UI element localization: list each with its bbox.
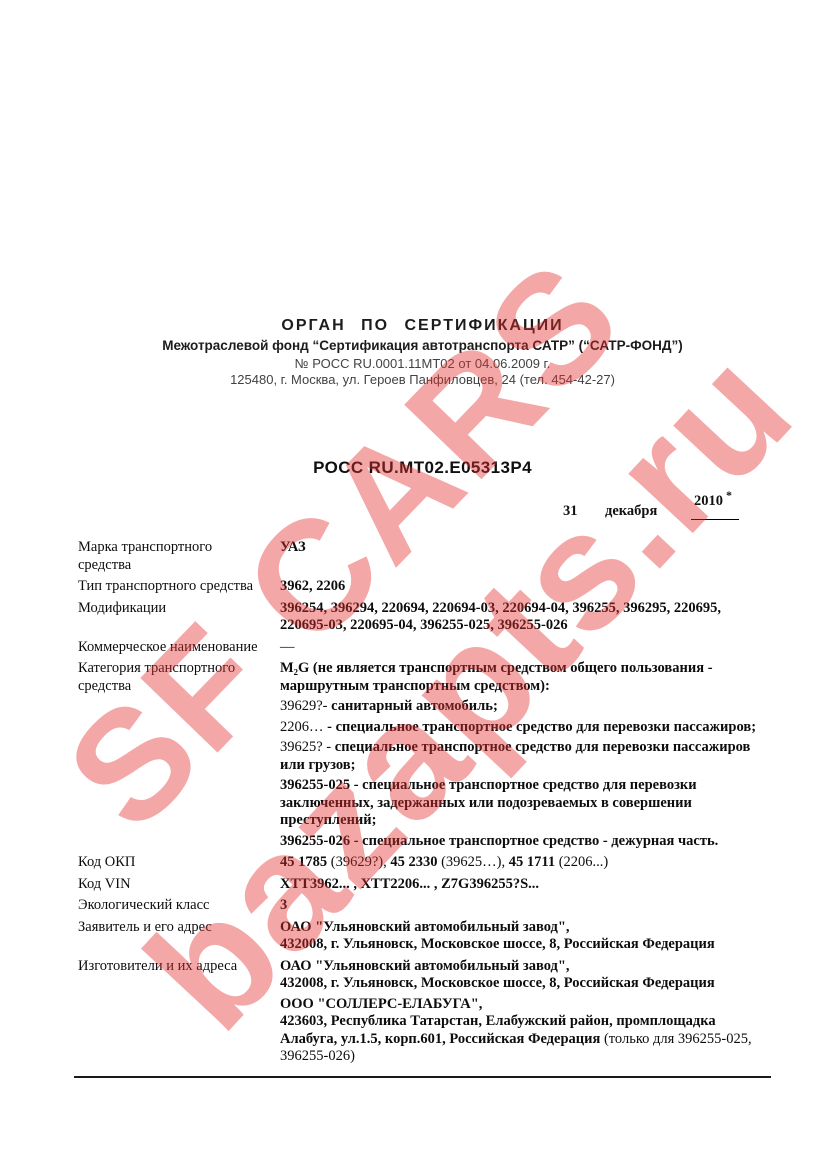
category-item-code: 39629?-	[280, 698, 328, 714]
field-row-vin-code: Код VIN XTT3962... , XTT2206... , Z7G396…	[78, 876, 770, 894]
vehicle-fields-table: Марка транспортного средства УАЗ Тип тра…	[78, 539, 770, 1070]
category-item-desc: 396255-026 - специальное транспортное ср…	[280, 833, 718, 849]
field-row-manufacturers: Изготовители и их адреса ОАО "Ульяновски…	[78, 958, 770, 1066]
date-footnote-asterisk: *	[726, 488, 732, 502]
field-label: Код VIN	[78, 876, 280, 894]
date-year-value: 2010	[694, 493, 723, 509]
org-registration-number: № РОСС RU.0001.11МТ02 от 04.06.2009 г.	[75, 356, 770, 371]
category-item: 39625? - специальное транспортное средст…	[280, 739, 770, 774]
category-intro: M₂G (не является транспортным средством …	[280, 660, 770, 695]
field-row-okp-code: Код ОКП 45 1785 (39629?), 45 2330 (39625…	[78, 854, 770, 872]
field-value: 3	[280, 897, 770, 915]
field-label: Модификации	[78, 600, 280, 635]
field-value-category: M₂G (не является транспортным средством …	[280, 660, 770, 850]
field-value-okp: 45 1785 (39629?), 45 2330 (39625…), 45 1…	[280, 854, 770, 872]
category-item: 2206… - специальное транспортное средств…	[280, 719, 770, 737]
org-address: 125480, г. Москва, ул. Героев Панфиловце…	[75, 372, 770, 387]
field-value: XTT3962... , XTT2206... , Z7G396255?S...	[280, 876, 770, 894]
certificate-document-page: ОРГАН ПО СЕРТИФИКАЦИИ Межотраслевой фонд…	[0, 0, 827, 1170]
field-label: Марка транспортного средства	[78, 539, 280, 574]
field-value: 396254, 396294, 220694, 220694-03, 22069…	[280, 600, 770, 635]
category-item-desc: 396255-025 - специальное транспортное ср…	[280, 777, 697, 828]
okp-code: 45 1785	[280, 854, 327, 870]
field-row-modifications: Модификации 396254, 396294, 220694, 2206…	[78, 600, 770, 635]
field-value-applicant: ОАО "Ульяновский автомобильный завод", 4…	[280, 919, 770, 954]
manufacturer-2-address: 423603, Республика Татарстан, Елабужский…	[280, 1013, 770, 1066]
certificate-number: РОСС RU.МТ02.Е05313Р4	[75, 458, 770, 478]
field-row-type: Тип транспортного средства 3962, 2206	[78, 578, 770, 596]
field-row-commercial-name: Коммерческое наименование —	[78, 639, 770, 657]
date-day: 31	[563, 503, 578, 520]
date-underline	[691, 519, 739, 520]
field-row-brand: Марка транспортного средства УАЗ	[78, 539, 770, 574]
category-item-code: 39625? -	[280, 739, 331, 755]
field-row-applicant: Заявитель и его адрес ОАО "Ульяновский а…	[78, 919, 770, 954]
org-title: ОРГАН ПО СЕРТИФИКАЦИИ	[75, 317, 770, 335]
field-value: УАЗ	[280, 539, 770, 574]
okp-code: 45 2330	[390, 854, 437, 870]
manufacturer-1-name: ОАО "Ульяновский автомобильный завод",	[280, 958, 770, 976]
field-label: Код ОКП	[78, 854, 280, 872]
date-month: декабря	[605, 503, 657, 520]
okp-note: (39625…),	[437, 854, 508, 870]
org-subtitle: Межотраслевой фонд “Сертификация автотра…	[75, 338, 770, 353]
category-item: 39629?- санитарный автомобиль;	[280, 698, 770, 716]
field-label: Тип транспортного средства	[78, 578, 280, 596]
manufacturer-2-name: ООО "СОЛЛЕРС-ЕЛАБУГА",	[280, 996, 770, 1014]
category-item-code: 2206…	[280, 719, 324, 735]
field-label: Изготовители и их адреса	[78, 958, 280, 1066]
okp-note: (2206...)	[555, 854, 608, 870]
category-item-desc: санитарный автомобиль;	[328, 698, 498, 714]
field-row-category: Категория транспортного средства M₂G (не…	[78, 660, 770, 850]
date-year: 2010*	[694, 488, 732, 510]
field-row-eco-class: Экологический класс 3	[78, 897, 770, 915]
category-item: 396255-025 - специальное транспортное ср…	[280, 777, 770, 830]
field-label: Заявитель и его адрес	[78, 919, 280, 954]
field-label: Категория транспортного средства	[78, 660, 280, 850]
field-label: Коммерческое наименование	[78, 639, 280, 657]
field-value: 3962, 2206	[280, 578, 770, 596]
applicant-name: ОАО "Ульяновский автомобильный завод",	[280, 919, 770, 937]
field-label: Экологический класс	[78, 897, 280, 915]
category-item: 396255-026 - специальное транспортное ср…	[280, 833, 770, 851]
applicant-address: 432008, г. Ульяновск, Московское шоссе, …	[280, 936, 770, 954]
field-value-manufacturers: ОАО "Ульяновский автомобильный завод", 4…	[280, 958, 770, 1066]
field-value: —	[280, 639, 770, 657]
category-item-desc: - специальное транспортное средство для …	[324, 719, 757, 735]
okp-note: (39629?),	[327, 854, 390, 870]
certification-body-header: ОРГАН ПО СЕРТИФИКАЦИИ Межотраслевой фонд…	[75, 317, 770, 387]
okp-code: 45 1711	[509, 854, 555, 870]
manufacturer-1-address: 432008, г. Ульяновск, Московское шоссе, …	[280, 975, 770, 993]
bottom-divider-rule	[74, 1076, 771, 1078]
category-item-desc: специальное транспортное средство для пе…	[280, 739, 750, 773]
